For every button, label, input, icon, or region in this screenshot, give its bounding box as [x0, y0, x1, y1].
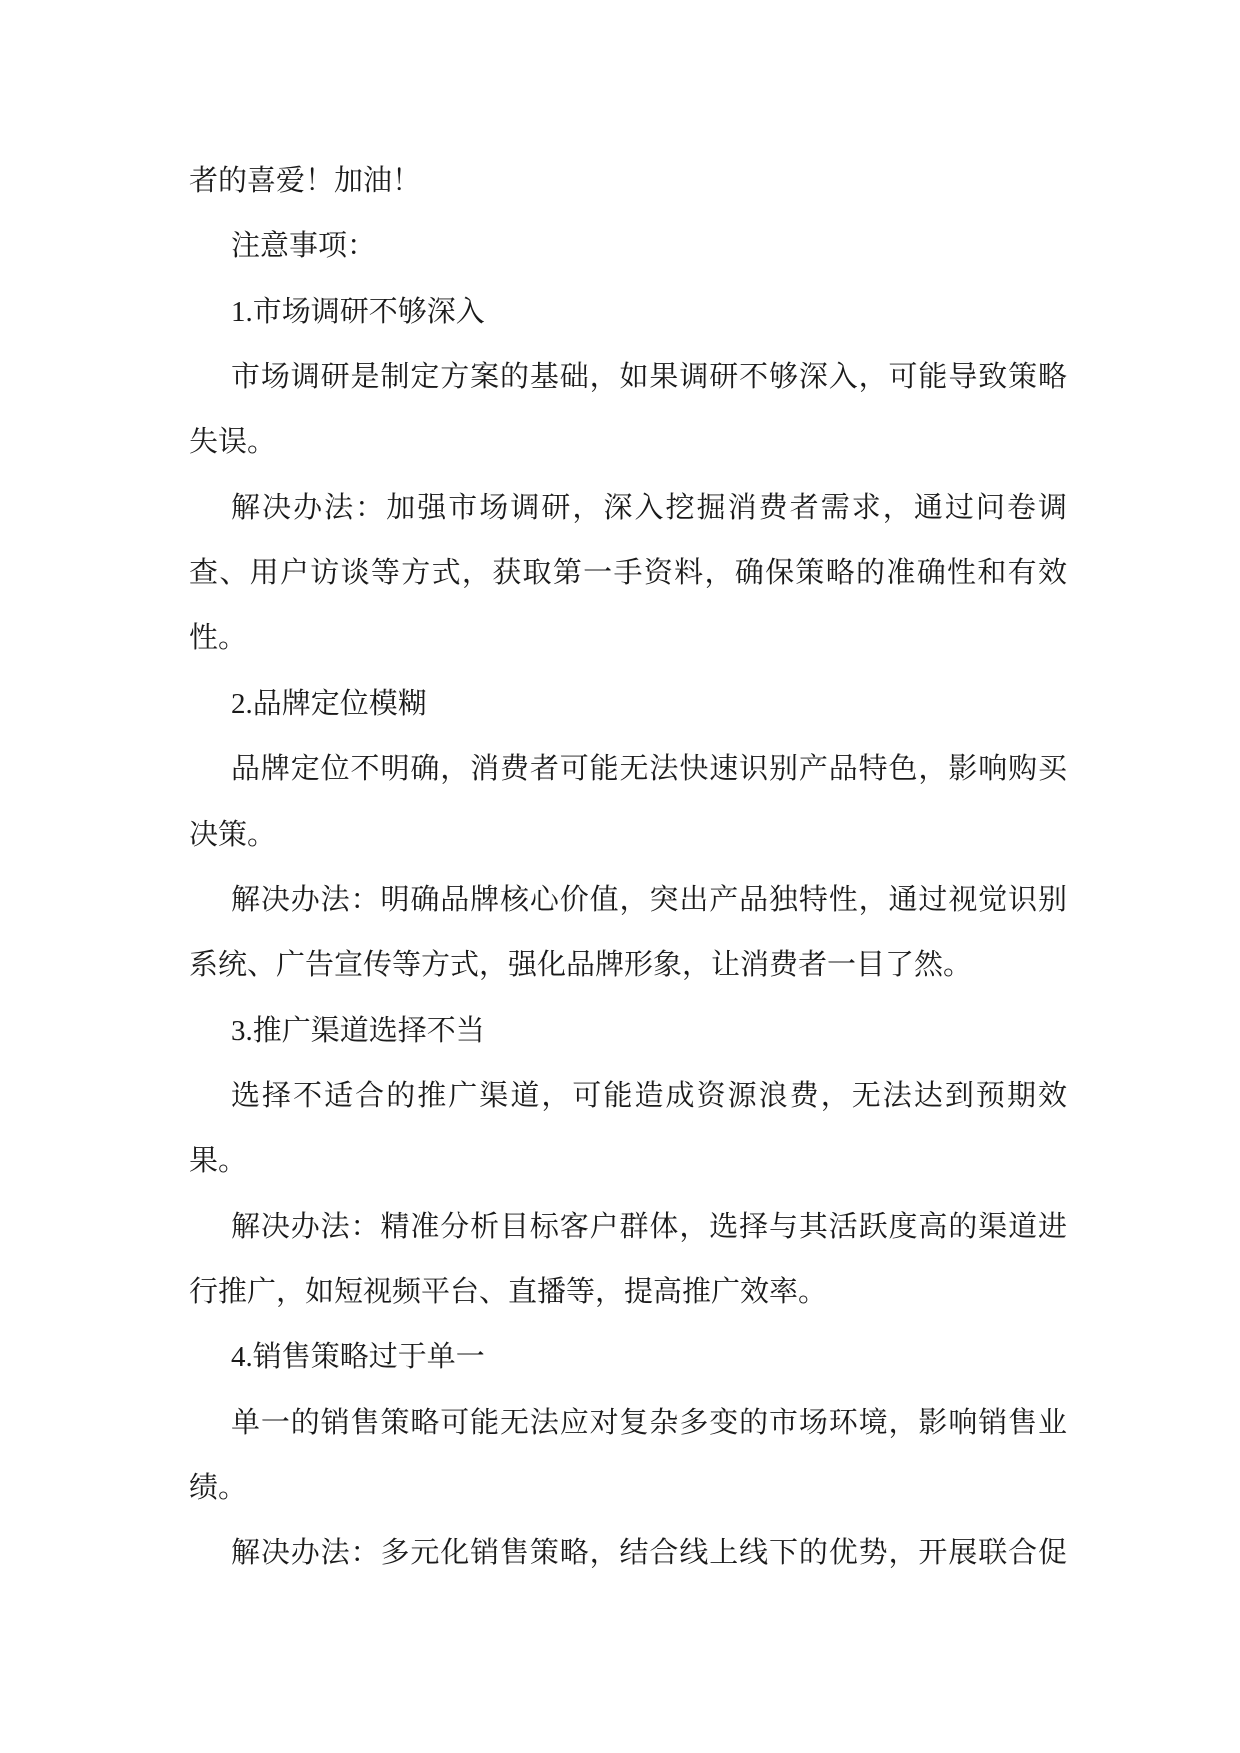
text-line: 1.市场调研不够深入 — [189, 294, 1067, 330]
text-line: 2.品牌定位模糊 — [189, 686, 1067, 722]
text-line: 解决办法：精准分析目标客户群体，选择与其活跃度高的渠道进 — [189, 1209, 1067, 1245]
text-line: 失误。 — [189, 424, 1067, 460]
text-line: 解决办法：多元化销售策略，结合线上线下的优势，开展联合促 — [189, 1535, 1067, 1571]
document-page: 者的喜爱！加油！注意事项：1.市场调研不够深入市场调研是制定方案的基础，如果调研… — [0, 0, 1240, 1753]
text-line: 绩。 — [189, 1470, 1067, 1506]
text-line: 查、用户访谈等方式，获取第一手资料，确保策略的准确性和有效 — [189, 555, 1067, 591]
text-line: 品牌定位不明确，消费者可能无法快速识别产品特色，影响购买 — [189, 751, 1067, 787]
text-line: 行推广，如短视频平台、直播等，提高推广效率。 — [189, 1274, 1067, 1310]
text-line: 4.销售策略过于单一 — [189, 1339, 1067, 1375]
text-line: 系统、广告宣传等方式，强化品牌形象，让消费者一目了然。 — [189, 947, 1067, 983]
text-line: 选择不适合的推广渠道，可能造成资源浪费，无法达到预期效 — [189, 1078, 1067, 1114]
text-line: 决策。 — [189, 817, 1067, 853]
text-line: 市场调研是制定方案的基础，如果调研不够深入，可能导致策略 — [189, 359, 1067, 395]
text-line: 注意事项： — [189, 228, 1067, 264]
text-line: 解决办法：明确品牌核心价值，突出产品独特性，通过视觉识别 — [189, 882, 1067, 918]
text-line: 3.推广渠道选择不当 — [189, 1013, 1067, 1049]
text-line: 者的喜爱！加油！ — [189, 163, 1067, 199]
text-line: 单一的销售策略可能无法应对复杂多变的市场环境，影响销售业 — [189, 1405, 1067, 1441]
text-line: 解决办法：加强市场调研，深入挖掘消费者需求，通过问卷调 — [189, 490, 1067, 526]
text-line: 性。 — [189, 620, 1067, 656]
text-line: 果。 — [189, 1143, 1067, 1179]
document-body: 者的喜爱！加油！注意事项：1.市场调研不够深入市场调研是制定方案的基础，如果调研… — [0, 0, 1240, 1753]
